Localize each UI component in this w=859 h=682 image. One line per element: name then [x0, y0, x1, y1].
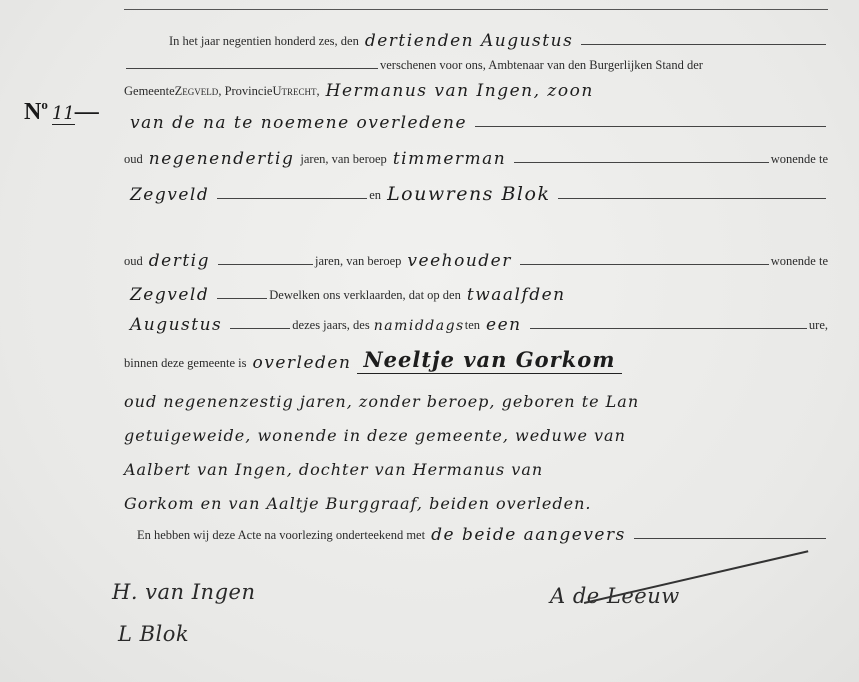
line-11: oud negenenzestig jaren, zonder beroep, …	[118, 382, 822, 412]
fill-line	[581, 44, 826, 45]
fill-line	[218, 264, 313, 265]
handwritten-age-1: negenendertig	[143, 149, 301, 170]
handwritten-relation: van de na te noemene overledene	[124, 113, 473, 134]
deceased-name: Neeltje van Gorkom	[357, 347, 621, 374]
line-12: getuigeweide, wonende in deze gemeente, …	[118, 416, 822, 446]
handwritten-death-day: twaalfden	[461, 285, 572, 306]
printed-text: jaren, van beroep	[315, 254, 401, 272]
number-label: N	[24, 99, 41, 125]
handwritten-status: overleden	[247, 353, 358, 374]
handwritten-details: oud negenenzestig jaren, zonder beroep, …	[118, 392, 645, 412]
fill-line	[230, 328, 290, 329]
fill-line	[558, 198, 826, 199]
handwritten-residence-2: Zegveld	[124, 285, 215, 306]
number-value: 11	[52, 103, 75, 125]
fill-line	[126, 68, 378, 69]
handwritten-occupation-2: veehouder	[401, 251, 517, 272]
fill-line	[514, 162, 769, 163]
handwritten-hour: een	[480, 315, 528, 336]
printed-text: Dewelken ons verklaarden, dat op den	[269, 288, 461, 306]
civil-record-page: No11— In het jaar negentien honderd zes,…	[0, 0, 859, 682]
line-13: Aalbert van Ingen, dochter van Hermanus …	[118, 450, 822, 480]
printed-text: ure,	[809, 318, 828, 336]
top-rule	[124, 9, 828, 10]
line-14: Gorkom en van Aaltje Burggraaf, beiden o…	[118, 484, 822, 514]
signature-witness-1: H. van Ingen	[112, 580, 255, 604]
handwritten-time-of-day: namiddags	[370, 318, 465, 336]
printed-text: jaren, van beroep	[300, 152, 386, 170]
line-4: van de na te noemene overledene	[124, 104, 828, 134]
printed-text: oud	[124, 254, 143, 272]
fill-line	[217, 198, 367, 199]
handwritten-declarant-2: Louwrens Blok	[381, 183, 556, 206]
handwritten-signers: de beide aangevers	[425, 525, 632, 546]
municipality-name: Zegveld	[175, 84, 219, 102]
line-8: Zegveld Dewelken ons verklaarden, dat op…	[124, 276, 828, 306]
printed-text: en	[369, 188, 381, 206]
line-3: Gemeente Zegveld , Provincie Utrecht , H…	[124, 72, 828, 102]
line-6: Zegveld en Louwrens Blok	[124, 176, 828, 206]
printed-text: wonende te	[771, 254, 828, 272]
line-15: En hebben wij deze Acte na voorlezing on…	[137, 516, 828, 546]
printed-text: , Provincie	[218, 84, 272, 102]
fill-line	[520, 264, 769, 265]
number-dash: —	[75, 99, 99, 125]
handwritten-residence-1: Zegveld	[124, 185, 215, 206]
handwritten-details: getuigeweide, wonende in deze gemeente, …	[118, 426, 632, 446]
fill-line	[217, 298, 267, 299]
printed-text: wonende te	[771, 152, 828, 170]
signature-flourish	[584, 550, 808, 603]
handwritten-details: Aalbert van Ingen, dochter van Hermanus …	[118, 460, 549, 480]
printed-text: ten	[465, 318, 480, 336]
printed-text: En hebben wij deze Acte na voorlezing on…	[137, 528, 425, 546]
printed-text: binnen deze gemeente is	[124, 356, 247, 374]
record-number: No11—	[24, 97, 99, 126]
line-7: oud dertig jaren, van beroep veehouder w…	[124, 242, 828, 272]
fill-line	[634, 538, 826, 539]
printed-text: oud	[124, 152, 143, 170]
handwritten-age-2: dertig	[143, 251, 216, 272]
number-sup: o	[41, 97, 48, 112]
fill-line	[530, 328, 807, 329]
handwritten-declarant-1: Hermanus van Ingen, zoon	[320, 81, 600, 102]
handwritten-occupation-1: timmerman	[387, 149, 512, 170]
handwritten-death-month: Augustus	[124, 315, 228, 336]
handwritten-details: Gorkom en van Aaltje Burggraaf, beiden o…	[118, 494, 597, 514]
signature-witness-2: L Blok	[118, 622, 189, 646]
fill-line	[475, 126, 826, 127]
printed-text: Gemeente	[124, 84, 175, 102]
printed-text: dezes jaars, des	[292, 318, 369, 336]
line-5: oud negenendertig jaren, van beroep timm…	[124, 140, 828, 170]
line-10: binnen deze gemeente is overleden Neeltj…	[124, 344, 828, 374]
province-name: Utrecht	[272, 84, 316, 102]
line-9: Augustus dezes jaars, des namiddags ten …	[124, 306, 828, 336]
